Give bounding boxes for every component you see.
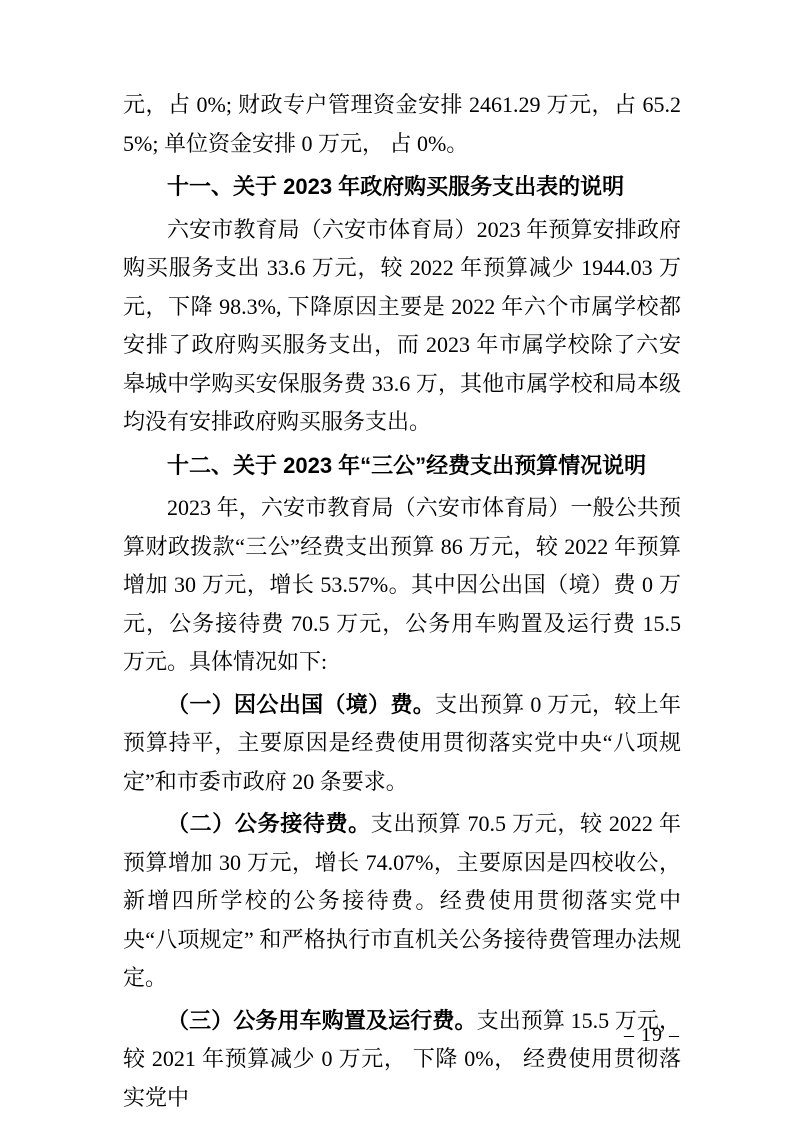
paragraph-subitem-1-abroad-expense: （一）因公出国（境）费。支出预算 0 万元，较上年预算持平，主要原因是经费使用贯… [123,686,681,802]
document-body: 元，占 0%; 财政专户管理资金安排 2461.29 万元，占 65.25%; … [123,86,681,1117]
paragraph-gov-purchase-services: 六安市教育局（六安市体育局）2023 年预算安排政府购买服务支出 33.6 万元… [123,211,681,442]
paragraph-funding-sources-continuation: 元，占 0%; 财政专户管理资金安排 2461.29 万元，占 65.25%; … [123,86,681,163]
page-number: – 19 – [624,1022,680,1048]
document-page: 元，占 0%; 财政专户管理资金安排 2461.29 万元，占 65.25%; … [0,0,793,1122]
section-heading-12-three-public-expenses: 十二、关于 2023 年“三公”经费支出预算情况说明 [123,447,681,486]
subitem-1-title: （一）因公出国（境）费。 [167,692,435,717]
section-heading-11-gov-purchase-services: 十一、关于 2023 年政府购买服务支出表的说明 [123,168,681,207]
paragraph-three-public-overview: 2023 年，六安市教育局（六安市体育局）一般公共预算财政拨款“三公”经费支出预… [123,489,681,682]
subitem-2-title: （二）公务接待费。 [167,811,371,836]
paragraph-subitem-3-vehicle-expense: （三）公务用车购置及运行费。支出预算 15.5 万元，较 2021 年预算减少 … [123,1002,681,1118]
subitem-2-text: 支出预算 70.5 万元，较 2022 年预算增加 30 万元，增长 74.07… [123,811,681,990]
subitem-3-title: （三）公务用车购置及运行费。 [167,1008,477,1033]
paragraph-subitem-2-reception-expense: （二）公务接待费。支出预算 70.5 万元，较 2022 年预算增加 30 万元… [123,805,681,998]
